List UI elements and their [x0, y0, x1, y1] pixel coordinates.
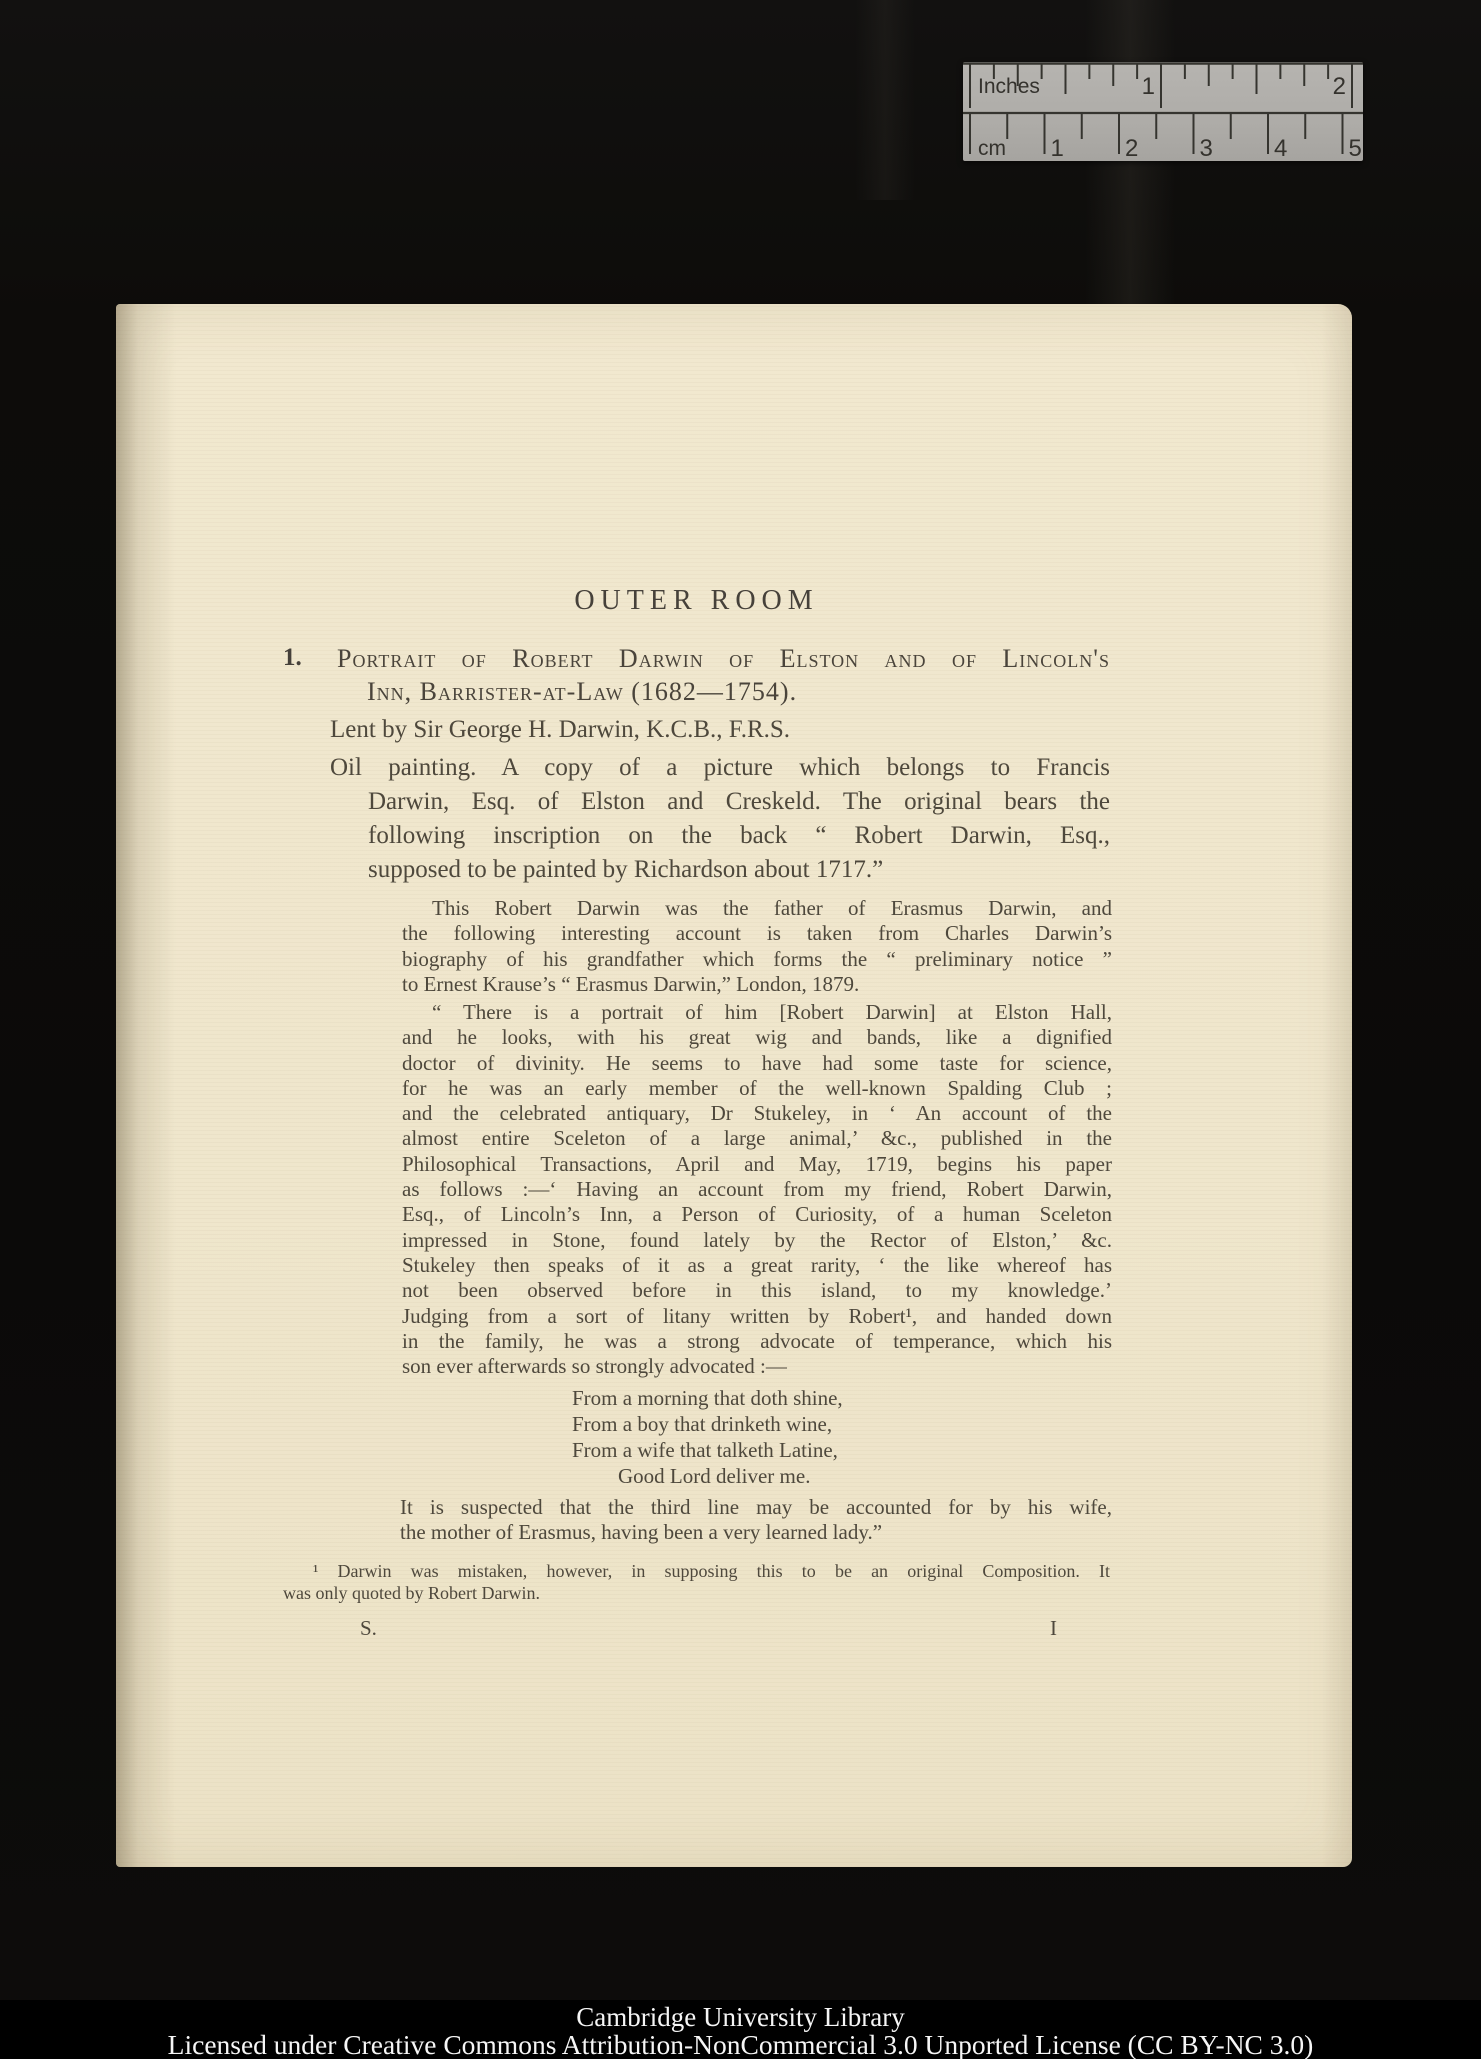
text-line: From a wife that talketh Latine,	[572, 1437, 1072, 1463]
text-line: in the family, he was a strong advocate …	[402, 1329, 1112, 1354]
text-line: the mother of Erasmus, having been a ver…	[400, 1520, 1112, 1545]
entry-number: 1.	[283, 644, 302, 672]
catalogue-page: OUTER ROOM 1. Portrait of Robert Darwin …	[116, 304, 1352, 1867]
note-paragraph-2: “ There is a portrait of him [Robert Dar…	[402, 1000, 1112, 1379]
facing-page-edge	[0, 283, 118, 1883]
ruler-number: 4	[1274, 135, 1287, 161]
measurement-ruler: Inches cm 12 12345	[963, 62, 1363, 161]
text-line: not been observed before in this island,…	[402, 1278, 1112, 1303]
ruler-number: 1	[1051, 135, 1064, 161]
footnote: ¹ Darwin was mistaken, however, in suppo…	[283, 1560, 1110, 1604]
scanned-book-photograph: Inches cm 12 12345 OUTER ROOM 1. Portrai…	[0, 0, 1481, 2059]
description-paragraph: Oil painting. A copy of a picture which …	[330, 751, 1110, 887]
ruler-cm-numbers: 12345	[1051, 135, 1362, 161]
library-caption-band: Cambridge University Library Licensed un…	[0, 2000, 1481, 2059]
text-line: following inscription on the back “ Robe…	[330, 819, 1110, 853]
ruler-number: 2	[1333, 73, 1346, 100]
note-paragraph-1: This Robert Darwin was the father of Era…	[402, 896, 1112, 997]
text-line: This Robert Darwin was the father of Era…	[402, 896, 1112, 921]
text-line: biography of his grandfather which forms…	[402, 947, 1112, 972]
background-sheen	[855, 0, 915, 200]
ruler-number: 3	[1200, 135, 1213, 161]
text-line: From a morning that doth shine,	[572, 1385, 1072, 1411]
ruler-scale-graphic: Inches cm 12 12345	[963, 62, 1363, 161]
text-line: doctor of divinity. He seems to have had…	[402, 1051, 1112, 1076]
text-line: Good Lord deliver me.	[618, 1463, 1072, 1489]
text-line: Judging from a sort of litany written by…	[402, 1304, 1112, 1329]
text-line: as follows :—‘ Having an account from my…	[402, 1177, 1112, 1202]
litany-verse: From a morning that doth shine,From a bo…	[572, 1385, 1072, 1489]
text-line: Philosophical Transactions, April and Ma…	[402, 1152, 1112, 1177]
entry-title: Portrait of Robert Darwin of Elston and …	[337, 642, 1110, 708]
text-line: for he was an early member of the well-k…	[402, 1076, 1112, 1101]
text-line: Esq., of Lincoln’s Inn, a Person of Curi…	[402, 1202, 1112, 1227]
text-line: From a boy that drinketh wine,	[572, 1411, 1072, 1437]
text-line: Portrait of Robert Darwin of Elston and …	[337, 642, 1110, 675]
ruler-inches-label: Inches	[978, 75, 1040, 98]
signature-mark: S.	[360, 1616, 377, 1641]
text-line: was only quoted by Robert Darwin.	[283, 1582, 1110, 1604]
ruler-number: 5	[1349, 135, 1362, 161]
text-line: and he looks, with his great wig and ban…	[402, 1025, 1112, 1050]
text-line: the following interesting account is tak…	[402, 921, 1112, 946]
text-line: Lent by Sir George H. Darwin, K.C.B., F.…	[330, 713, 1110, 747]
text-line: son ever afterwards so strongly advocate…	[402, 1354, 1112, 1379]
ruler-number: 1	[1142, 73, 1155, 100]
text-line: and the celebrated antiquary, Dr Stukele…	[402, 1101, 1112, 1126]
text-line: It is suspected that the third line may …	[400, 1495, 1112, 1520]
lender-line: Lent by Sir George H. Darwin, K.C.B., F.…	[330, 713, 1110, 747]
text-line: Inn, Barrister-at-Law (1682—1754).	[337, 675, 1110, 708]
page-heading: OUTER ROOM	[283, 585, 1110, 617]
caption-license-line: Licensed under Creative Commons Attribut…	[0, 2029, 1481, 2059]
ruler-inch-numbers: 12	[1142, 73, 1346, 100]
ruler-cm-label: cm	[978, 137, 1006, 160]
text-line: Stukeley then speaks of it as a great ra…	[402, 1253, 1112, 1278]
text-line: impressed in Stone, found lately by the …	[402, 1228, 1112, 1253]
ruler-number: 2	[1125, 135, 1138, 161]
text-line: Oil painting. A copy of a picture which …	[330, 751, 1110, 785]
text-line: ¹ Darwin was mistaken, however, in suppo…	[283, 1560, 1110, 1582]
text-line: supposed to be painted by Richardson abo…	[330, 853, 1110, 887]
text-line: Darwin, Esq. of Elston and Creskeld. The…	[330, 785, 1110, 819]
text-line: almost entire Sceleton of a large animal…	[402, 1126, 1112, 1151]
text-line: “ There is a portrait of him [Robert Dar…	[402, 1000, 1112, 1025]
closing-paragraph: It is suspected that the third line may …	[400, 1495, 1112, 1545]
page-number: I	[1050, 1616, 1057, 1641]
catalogue-entry-1: 1. Portrait of Robert Darwin of Elston a…	[283, 642, 1110, 708]
text-line: to Ernest Krause’s “ Erasmus Darwin,” Lo…	[402, 972, 1112, 997]
